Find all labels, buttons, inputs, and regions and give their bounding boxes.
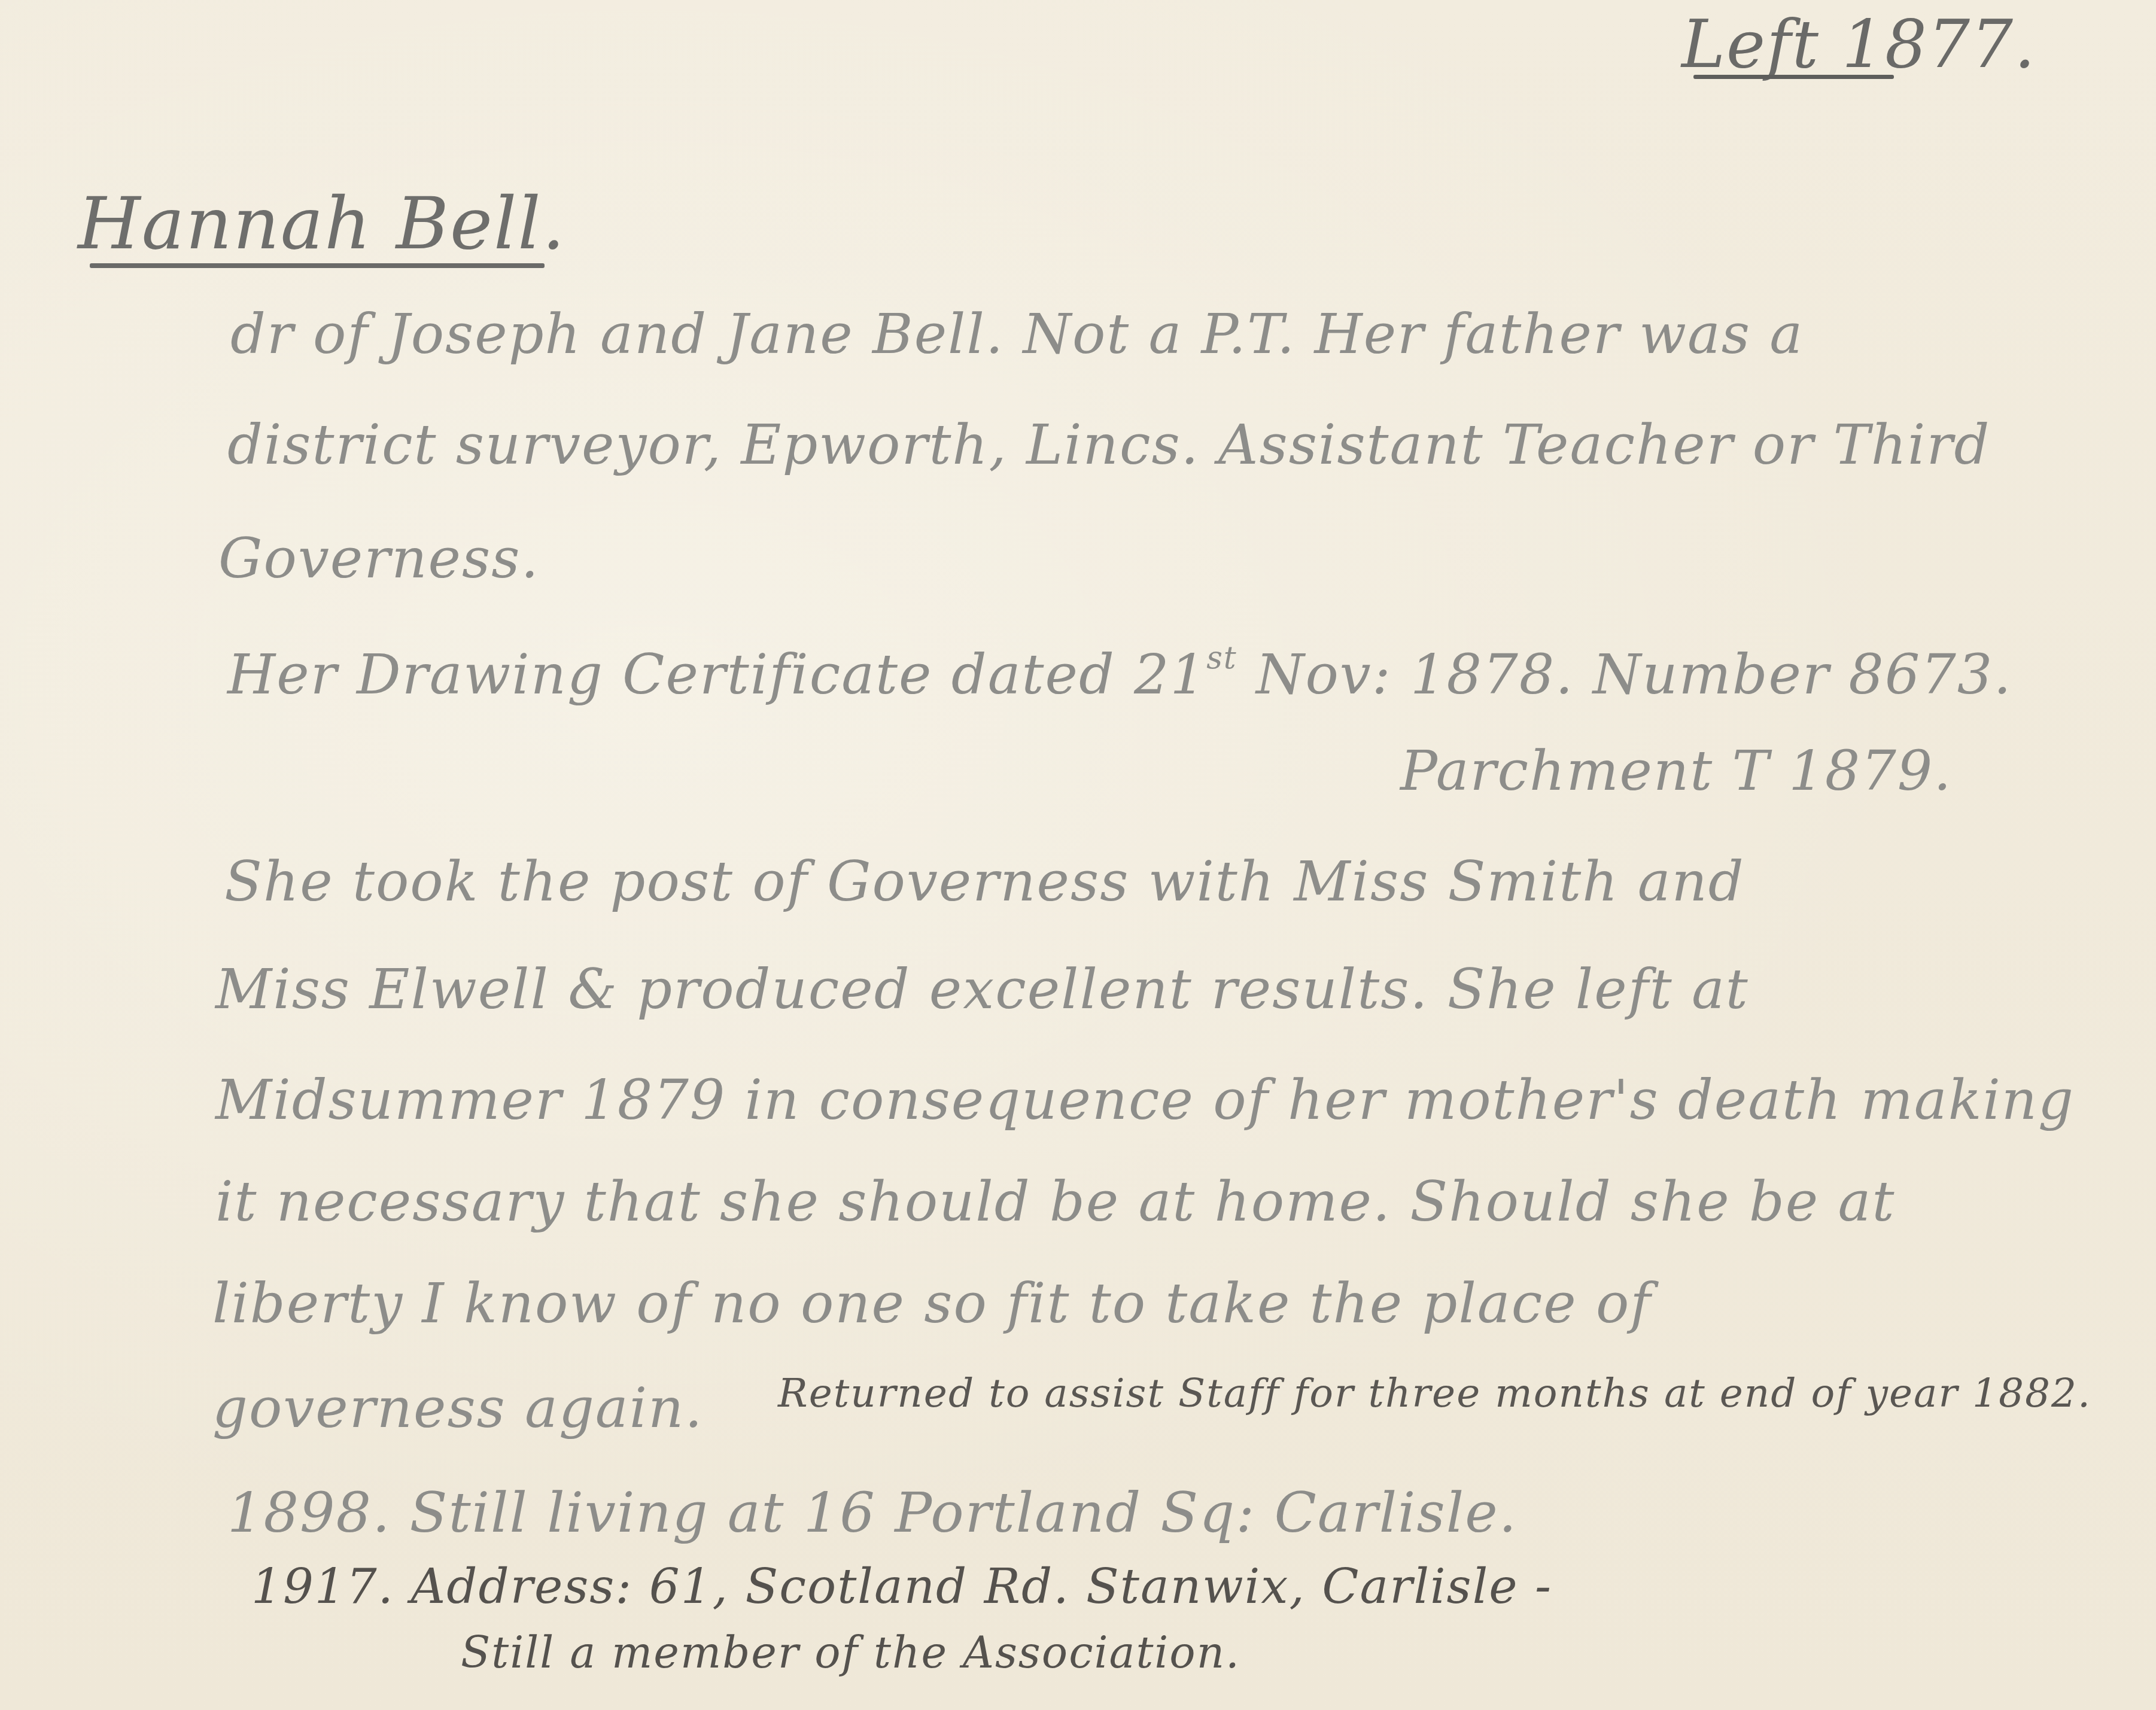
entry-line-governess: Governess. <box>218 527 540 591</box>
note-1898: 1898. Still living at 16 Portland Sq: Ca… <box>227 1481 1518 1545</box>
entry-line-necessary: it necessary that she should be at home.… <box>215 1170 1895 1234</box>
entry-line-certificate: Her Drawing Certificate dated 21st Nov: … <box>227 640 2012 707</box>
note-1917-member: Still a member of the Association. <box>461 1627 1240 1678</box>
left-date-note: Left 1877. <box>1681 6 2036 83</box>
entry-name-underline <box>90 263 545 268</box>
left-date-underline <box>1693 75 1894 79</box>
entry-line-liberty: liberty I know of no one so fit to take … <box>212 1271 1652 1335</box>
entry-line-post: She took the post of Governess with Miss… <box>224 850 1745 914</box>
entry-name-heading: Hannah Bell. <box>78 182 566 266</box>
manuscript-page: Left 1877. Hannah Bell. dr of Joseph and… <box>0 0 2156 1710</box>
entry-line-father-occupation: district surveyor, Epworth, Lincs. Assis… <box>227 413 1990 477</box>
entry-line-parchment: Parchment T 1879. <box>1400 739 1953 803</box>
certificate-date-number: Nov: 1878. Number 8673. <box>1256 643 2012 707</box>
returned-note: Returned to assist Staff for three month… <box>778 1370 2091 1416</box>
note-1917-address: 1917. Address: 61, Scotland Rd. Stanwix,… <box>251 1559 1552 1614</box>
entry-line-again: governess again. <box>212 1376 704 1440</box>
entry-line-midsummer: Midsummer 1879 in consequence of her mot… <box>215 1068 2075 1132</box>
entry-line-results: Miss Elwell & produced excellent results… <box>215 957 1749 1021</box>
certificate-day-suffix: st <box>1206 640 1237 676</box>
certificate-label: Her Drawing Certificate dated 21 <box>227 643 1206 707</box>
entry-line-parents: dr of Joseph and Jane Bell. Not a P.T. H… <box>230 302 1804 366</box>
